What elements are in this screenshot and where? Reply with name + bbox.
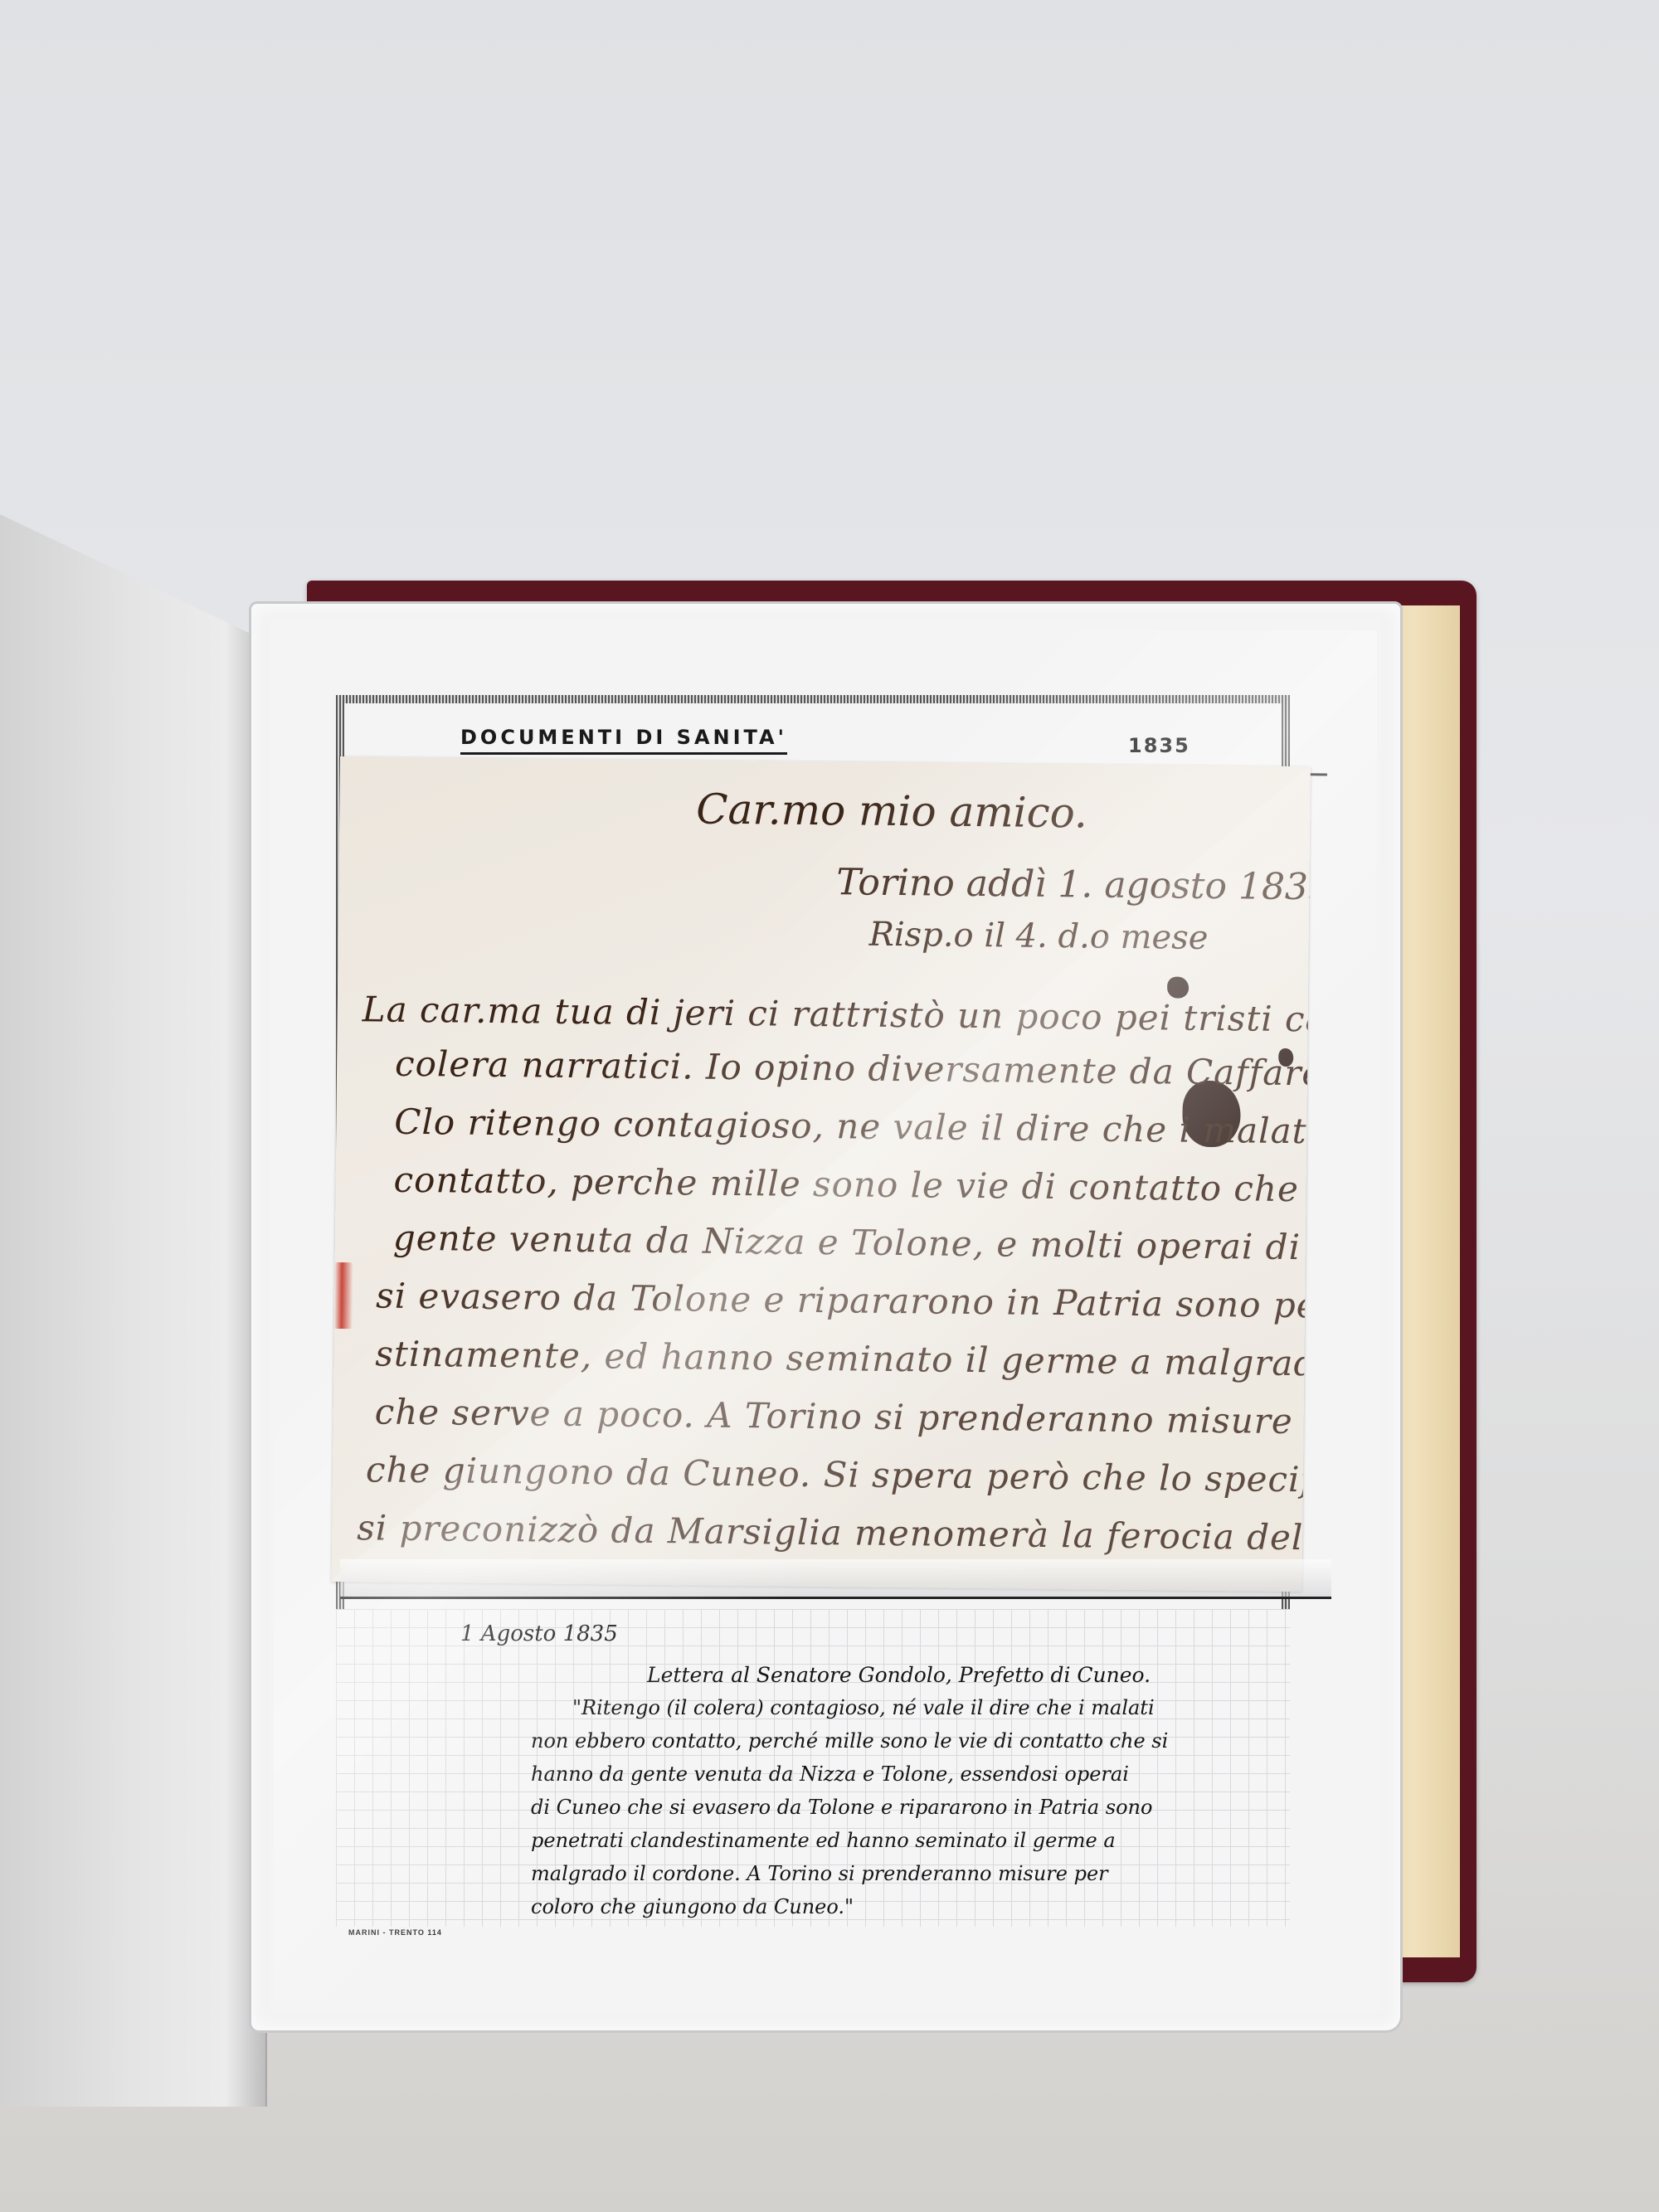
letter-line: si evasero da Tolone e ripararono in Pat… — [376, 1275, 1311, 1328]
publisher-mark: MARINI - TRENTO 114 — [348, 1928, 442, 1937]
wax-seal-remnant — [334, 1262, 353, 1329]
letter-line: si preconizzò da Marsiglia menomerà la f… — [357, 1507, 1311, 1558]
page-title: DOCUMENTI DI SANITA' — [460, 726, 787, 755]
letter-line: che giungono da Cuneo. Si spera però che… — [366, 1449, 1311, 1501]
letter-line: gente venuta da Nizza e Tolone, e molti … — [393, 1218, 1311, 1270]
caption-quote-line: non ebbero contatto, perché mille sono l… — [531, 1729, 1168, 1753]
letter-salutation: Car.mo mio amico. — [696, 785, 1087, 838]
letter-line: stinamente, ed hanno seminato il germe a… — [375, 1333, 1311, 1386]
caption-quote-line: hanno da gente venuta da Nizza e Tolone,… — [531, 1762, 1129, 1786]
historical-letter: Car.mo mio amico. Torino addì 1. agosto … — [332, 756, 1311, 1592]
letter-receipt-note: Risp.o il 4. d.o mese — [869, 916, 1209, 957]
letter-line: La car.ma tua di jeri ci rattristò un po… — [362, 989, 1311, 1040]
caption-quote-line: "Ritengo (il colera) contagioso, né vale… — [572, 1696, 1155, 1719]
caption-quote-line: di Cuneo che si evasero da Tolone e ripa… — [531, 1796, 1152, 1819]
letter-line: Clo ritengo contagioso, ne vale il dire … — [394, 1101, 1311, 1154]
letter-line: che serve a poco. A Torino si prenderann… — [374, 1391, 1310, 1443]
letter-line: contatto, perche mille sono le vie di co… — [393, 1159, 1311, 1212]
letter-dateline: Torino addì 1. agosto 1835. — [836, 861, 1311, 908]
mount-strip — [340, 1559, 1331, 1599]
caption-quote-line: penetrati clandestinamente ed hanno semi… — [531, 1829, 1116, 1852]
ink-blot-small — [1167, 976, 1189, 998]
page-year: 1835 — [1128, 734, 1190, 757]
caption-date: 1 Agosto 1835 — [460, 1621, 618, 1646]
caption-quote-line: coloro che giungono da Cuneo." — [531, 1895, 854, 1918]
turned-sleeve-page[interactable] — [0, 514, 267, 2107]
caption-quote-line: malgrado il cordone. A Torino si prender… — [531, 1862, 1108, 1885]
caption-title: Lettera al Senatore Gondolo, Prefetto di… — [647, 1663, 1151, 1687]
letter-line: colera narratici. Io opino diversamente … — [395, 1043, 1311, 1094]
